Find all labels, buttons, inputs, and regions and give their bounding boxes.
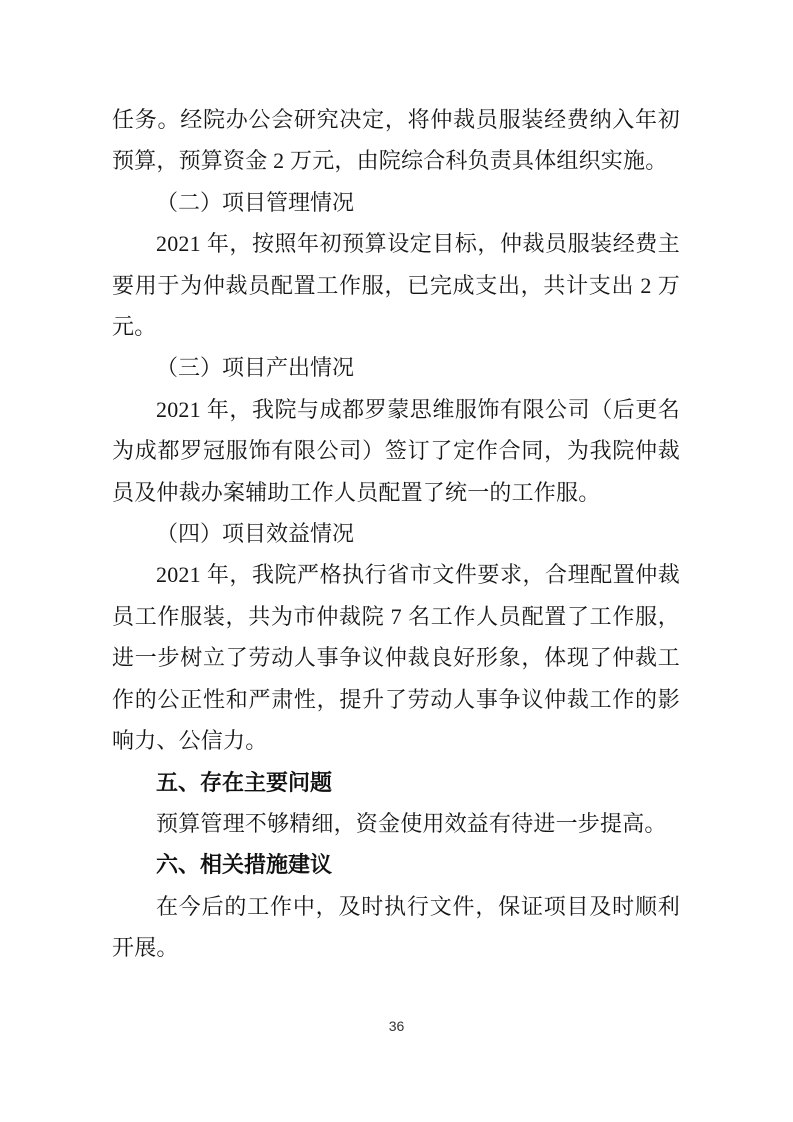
para-suggestions: 在今后的工作中，及时执行文件，保证项目及时顺利开展。 [112, 886, 680, 969]
subheading-project-management: （二）项目管理情况 [112, 182, 680, 223]
subheading-project-output: （三）项目产出情况 [112, 347, 680, 388]
para-main-problems: 预算管理不够精细，资金使用效益有待进一步提高。 [112, 803, 680, 844]
subheading-project-benefit: （四）项目效益情况 [112, 513, 680, 554]
para-project-management: 2021 年，按照年初预算设定目标，仲裁员服装经费主要用于为仲裁员配置工作服，已… [112, 223, 680, 347]
para-project-output: 2021 年，我院与成都罗蒙思维服饰有限公司（后更名为成都罗冠服饰有限公司）签订… [112, 389, 680, 513]
para-project-benefit: 2021 年，我院严格执行省市文件要求，合理配置仲裁员工作服装，共为市仲裁院 7… [112, 554, 680, 761]
heading-suggestions: 六、相关措施建议 [112, 844, 680, 885]
para-budget-arrangement: 任务。经院办公会研究决定，将仲裁员服装经费纳入年初预算，预算资金 2 万元，由院… [112, 99, 680, 182]
page-number: 36 [0, 1018, 793, 1034]
document-body: 任务。经院办公会研究决定，将仲裁员服装经费纳入年初预算，预算资金 2 万元，由院… [112, 99, 680, 969]
heading-main-problems: 五、存在主要问题 [112, 762, 680, 803]
document-page: 任务。经院办公会研究决定，将仲裁员服装经费纳入年初预算，预算资金 2 万元，由院… [0, 0, 793, 1122]
